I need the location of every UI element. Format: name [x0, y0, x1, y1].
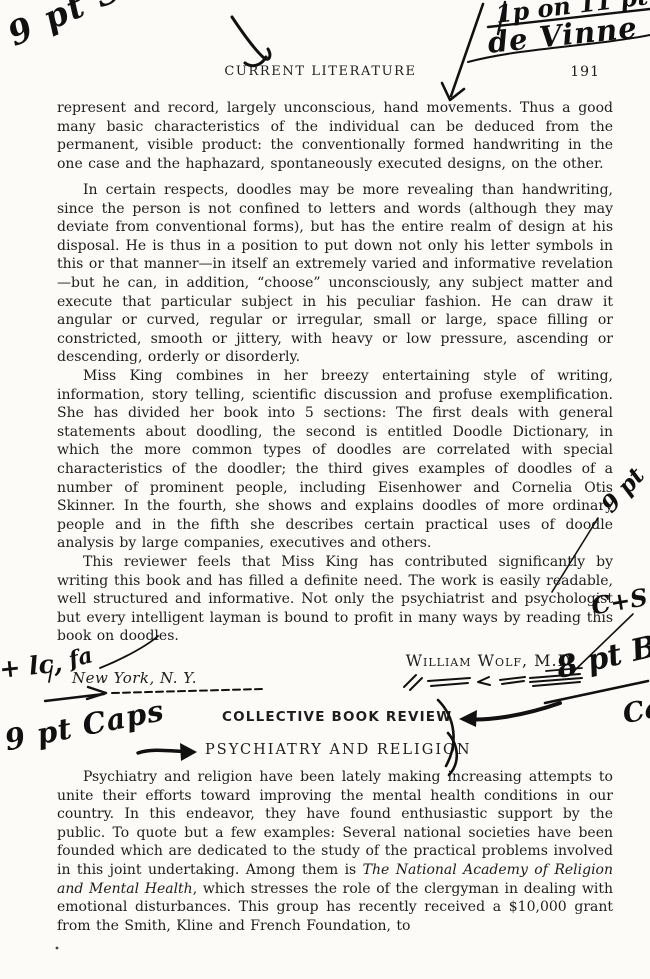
review-paragraph-1: represent and record, largely unconsciou… — [57, 99, 613, 173]
page-number: 191 — [570, 64, 600, 80]
handwritten-size-note-top-left: 9 pt So C. — [2, 0, 199, 54]
small-caps-marks — [404, 674, 582, 690]
check-mark — [232, 17, 270, 66]
handwritten-ital-note: fa — [66, 642, 95, 673]
handwritten-heading-note-line2: Cap — [620, 688, 650, 730]
subheading-arrow — [138, 750, 190, 753]
reviewer-signature: William Wolf, M.D. — [57, 651, 577, 670]
subheading-arrow-head — [180, 743, 197, 761]
down-arrow-head — [442, 83, 464, 100]
galley-proof-page: { "page": { "header": { "title": "CURREN… — [0, 0, 650, 979]
section-heading: COLLECTIVE BOOK REVIEW — [222, 709, 452, 725]
collective-paragraph-1: Psychiatry and religion have been lately… — [57, 768, 613, 935]
handwritten-lowercase-note: + lc, — [0, 648, 64, 683]
ink-speck — [56, 947, 59, 950]
section-subheading: PSYCHIATRY AND RELIGION — [205, 742, 472, 758]
heading-arrow-head — [459, 710, 477, 727]
running-header: CURRENT LITERATURE 191 — [57, 64, 612, 84]
review-paragraph-2: In certain respects, doodles may be more… — [57, 181, 613, 367]
location-underline-arrow-tail — [45, 694, 104, 701]
handwritten-subheading-note: 9 pt Caps — [2, 693, 167, 757]
heading-arrow — [464, 703, 560, 719]
running-header-title: CURRENT LITERATURE — [57, 64, 612, 79]
review-paragraph-3: Miss King combines in her breezy enterta… — [57, 367, 613, 553]
reviewer-location: New York, N. Y. — [72, 669, 197, 687]
review-paragraph-4: This reviewer feels that Miss King has c… — [57, 553, 613, 646]
location-dashed-underline — [112, 689, 262, 693]
location-underline-arrow-head — [87, 687, 106, 699]
